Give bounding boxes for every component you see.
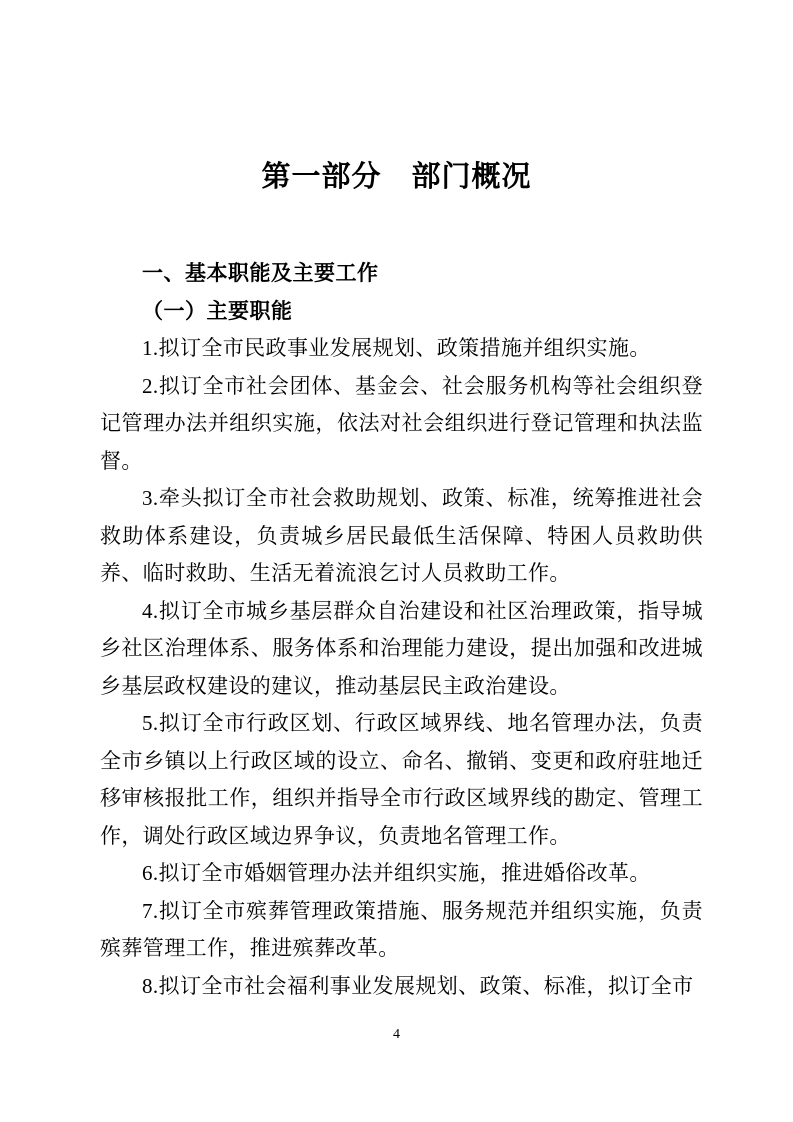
document-page: 第一部分 部门概况 一、基本职能及主要工作 （一）主要职能 1.拟订全市民政事业…	[0, 0, 793, 1122]
paragraph-item-2: 2.拟订全市社会团体、基金会、社会服务机构等社会组织登记管理办法并组织实施，依法…	[100, 368, 703, 481]
paragraph-item-8: 8.拟订全市社会福利事业发展规划、政策、标准，拟订全市	[100, 968, 703, 1006]
paragraph-item-5: 5.拟订全市行政区划、行政区域界线、地名管理办法，负责全市乡镇以上行政区域的设立…	[100, 705, 703, 855]
document-body: 一、基本职能及主要工作 （一）主要职能 1.拟订全市民政事业发展规划、政策措施并…	[100, 255, 703, 1005]
section-heading-main: 一、基本职能及主要工作	[100, 255, 703, 293]
page-title: 第一部分 部门概况	[0, 155, 793, 199]
paragraph-item-4: 4.拟订全市城乡基层群众自治建设和社区治理政策，指导城乡社区治理体系、服务体系和…	[100, 593, 703, 706]
paragraph-item-1: 1.拟订全市民政事业发展规划、政策措施并组织实施。	[100, 330, 703, 368]
paragraph-item-7: 7.拟订全市殡葬管理政策措施、服务规范并组织实施，负责殡葬管理工作，推进殡葬改革…	[100, 893, 703, 968]
paragraph-item-6: 6.拟订全市婚姻管理办法并组织实施，推进婚俗改革。	[100, 855, 703, 893]
page-number: 4	[0, 1026, 793, 1044]
section-heading-sub: （一）主要职能	[100, 293, 703, 331]
paragraph-item-3: 3.牵头拟订全市社会救助规划、政策、标准，统筹推进社会救助体系建设，负责城乡居民…	[100, 480, 703, 593]
